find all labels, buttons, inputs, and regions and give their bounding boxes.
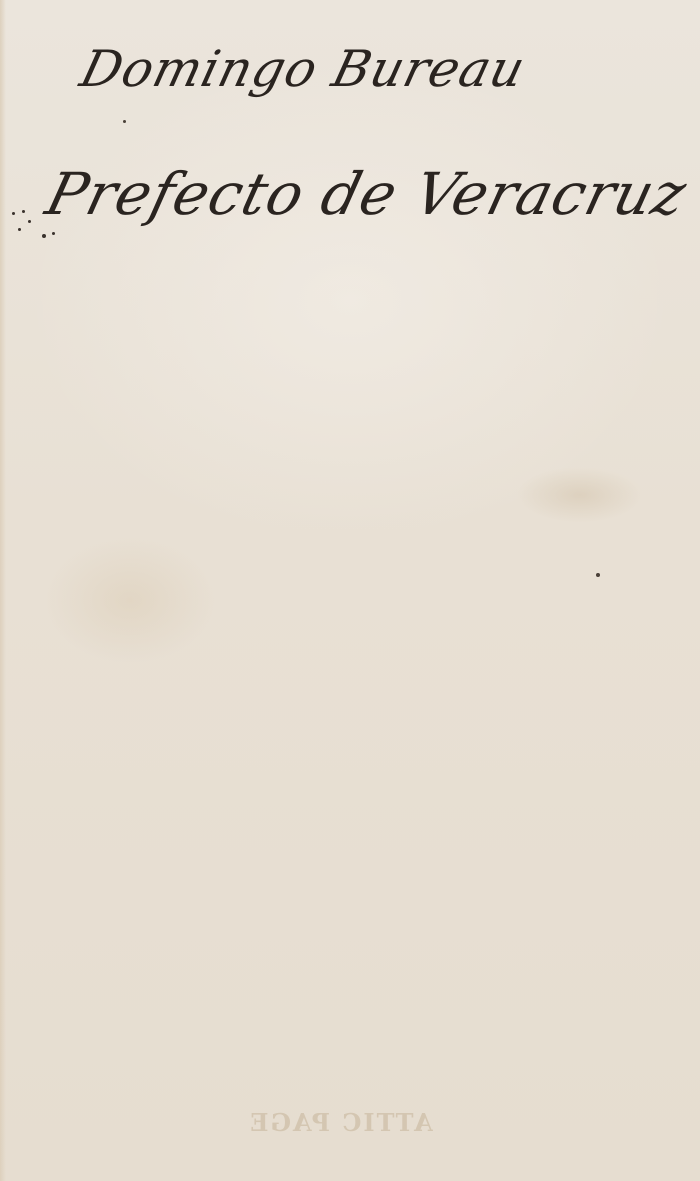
ink-speck	[596, 573, 600, 577]
handwritten-name: Domingo Bureau	[75, 40, 532, 98]
ink-dots	[8, 210, 58, 250]
handwritten-title: Prefecto de Veracruz	[40, 160, 694, 228]
card-edge	[0, 0, 6, 1181]
photographer-stamp: ATTIC PAGE	[208, 1108, 473, 1137]
card-back: Domingo Bureau Prefecto de Veracruz ATTI…	[0, 0, 700, 1181]
ink-speck	[123, 120, 126, 123]
